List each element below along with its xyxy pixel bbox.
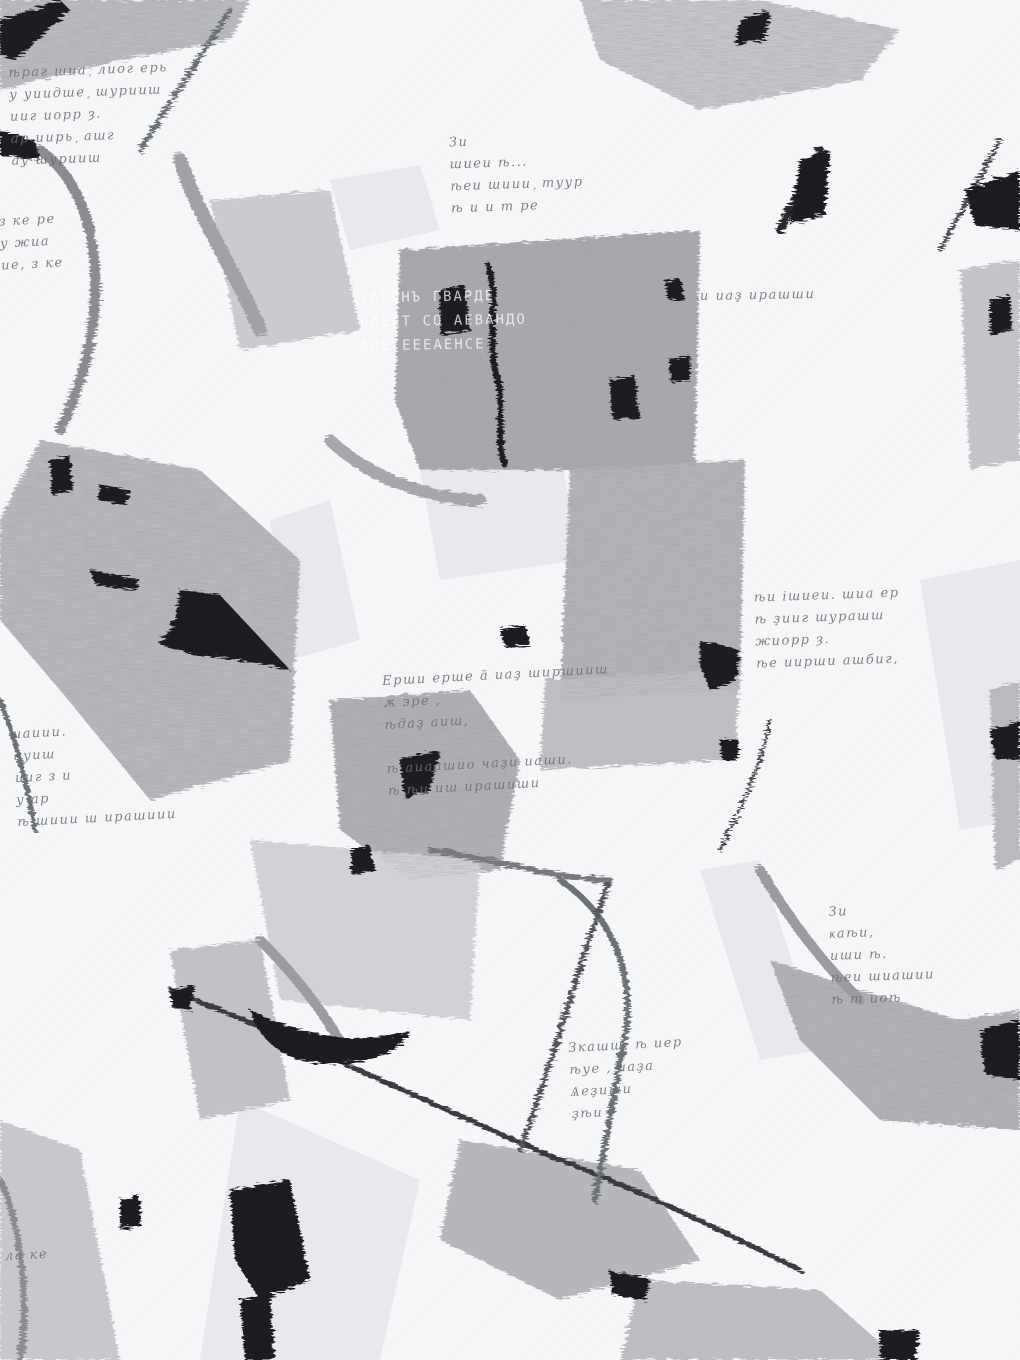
script-block-top-left: ѣраг шиа ᷊ лиог ерь у уиидше ᷊ шурииш ии… [8,57,171,172]
stamped-text: ЗАКОНЪ ГВАРДЕ ЕАЕЕТ СО АЕВАНДО АЛЕ ЕЕЕАЕ… [359,284,527,359]
script-block-bottom-center: Зкашш. ѣ иер ѣуе , иаҙа Ѧеҙиши ҙѣи [568,1032,687,1126]
ink-blot [0,0,70,60]
script-block-left-margin: ᴈ ке ре у жиа ие, ᴈ ке [0,208,64,277]
script-block-bottom-right: Зи ҝаѣи, иши ѣ. ѣеи шиашии ѣ т иоѣ [828,898,936,1012]
script-block-mid-right: ѣи ішиеи. шиа ер ѣ ҙииг шурашш жиорр ȝ. … [754,582,903,675]
fabric-print-photo: ЗАКОНЪ ГВАРДЕ ЕАЕЕТ СО АЕВАНДО АЛЕ ЕЕЕАЕ… [0,0,1020,1360]
script-block-far-bottom-left: ла ке [4,1244,48,1268]
script-block-top-center: Зи шиеи ѣ... ѣеи шиии ᷊ туур ѣ и и т ре [449,128,585,221]
brush-arc-left [40,150,95,430]
ink-blot-large [160,590,290,670]
script-block-center-right: и иаҙ ирашши [700,284,816,308]
script-block-bottom-left: иаиии. ауиш ииг ᴈ и у ар ѣ шиии ш ирашии… [12,716,177,834]
script-block-mid-center: Ерши ерше ӑ иаҙ ширшииш ѫ эре , ѣдаҙ аиш… [382,659,616,803]
